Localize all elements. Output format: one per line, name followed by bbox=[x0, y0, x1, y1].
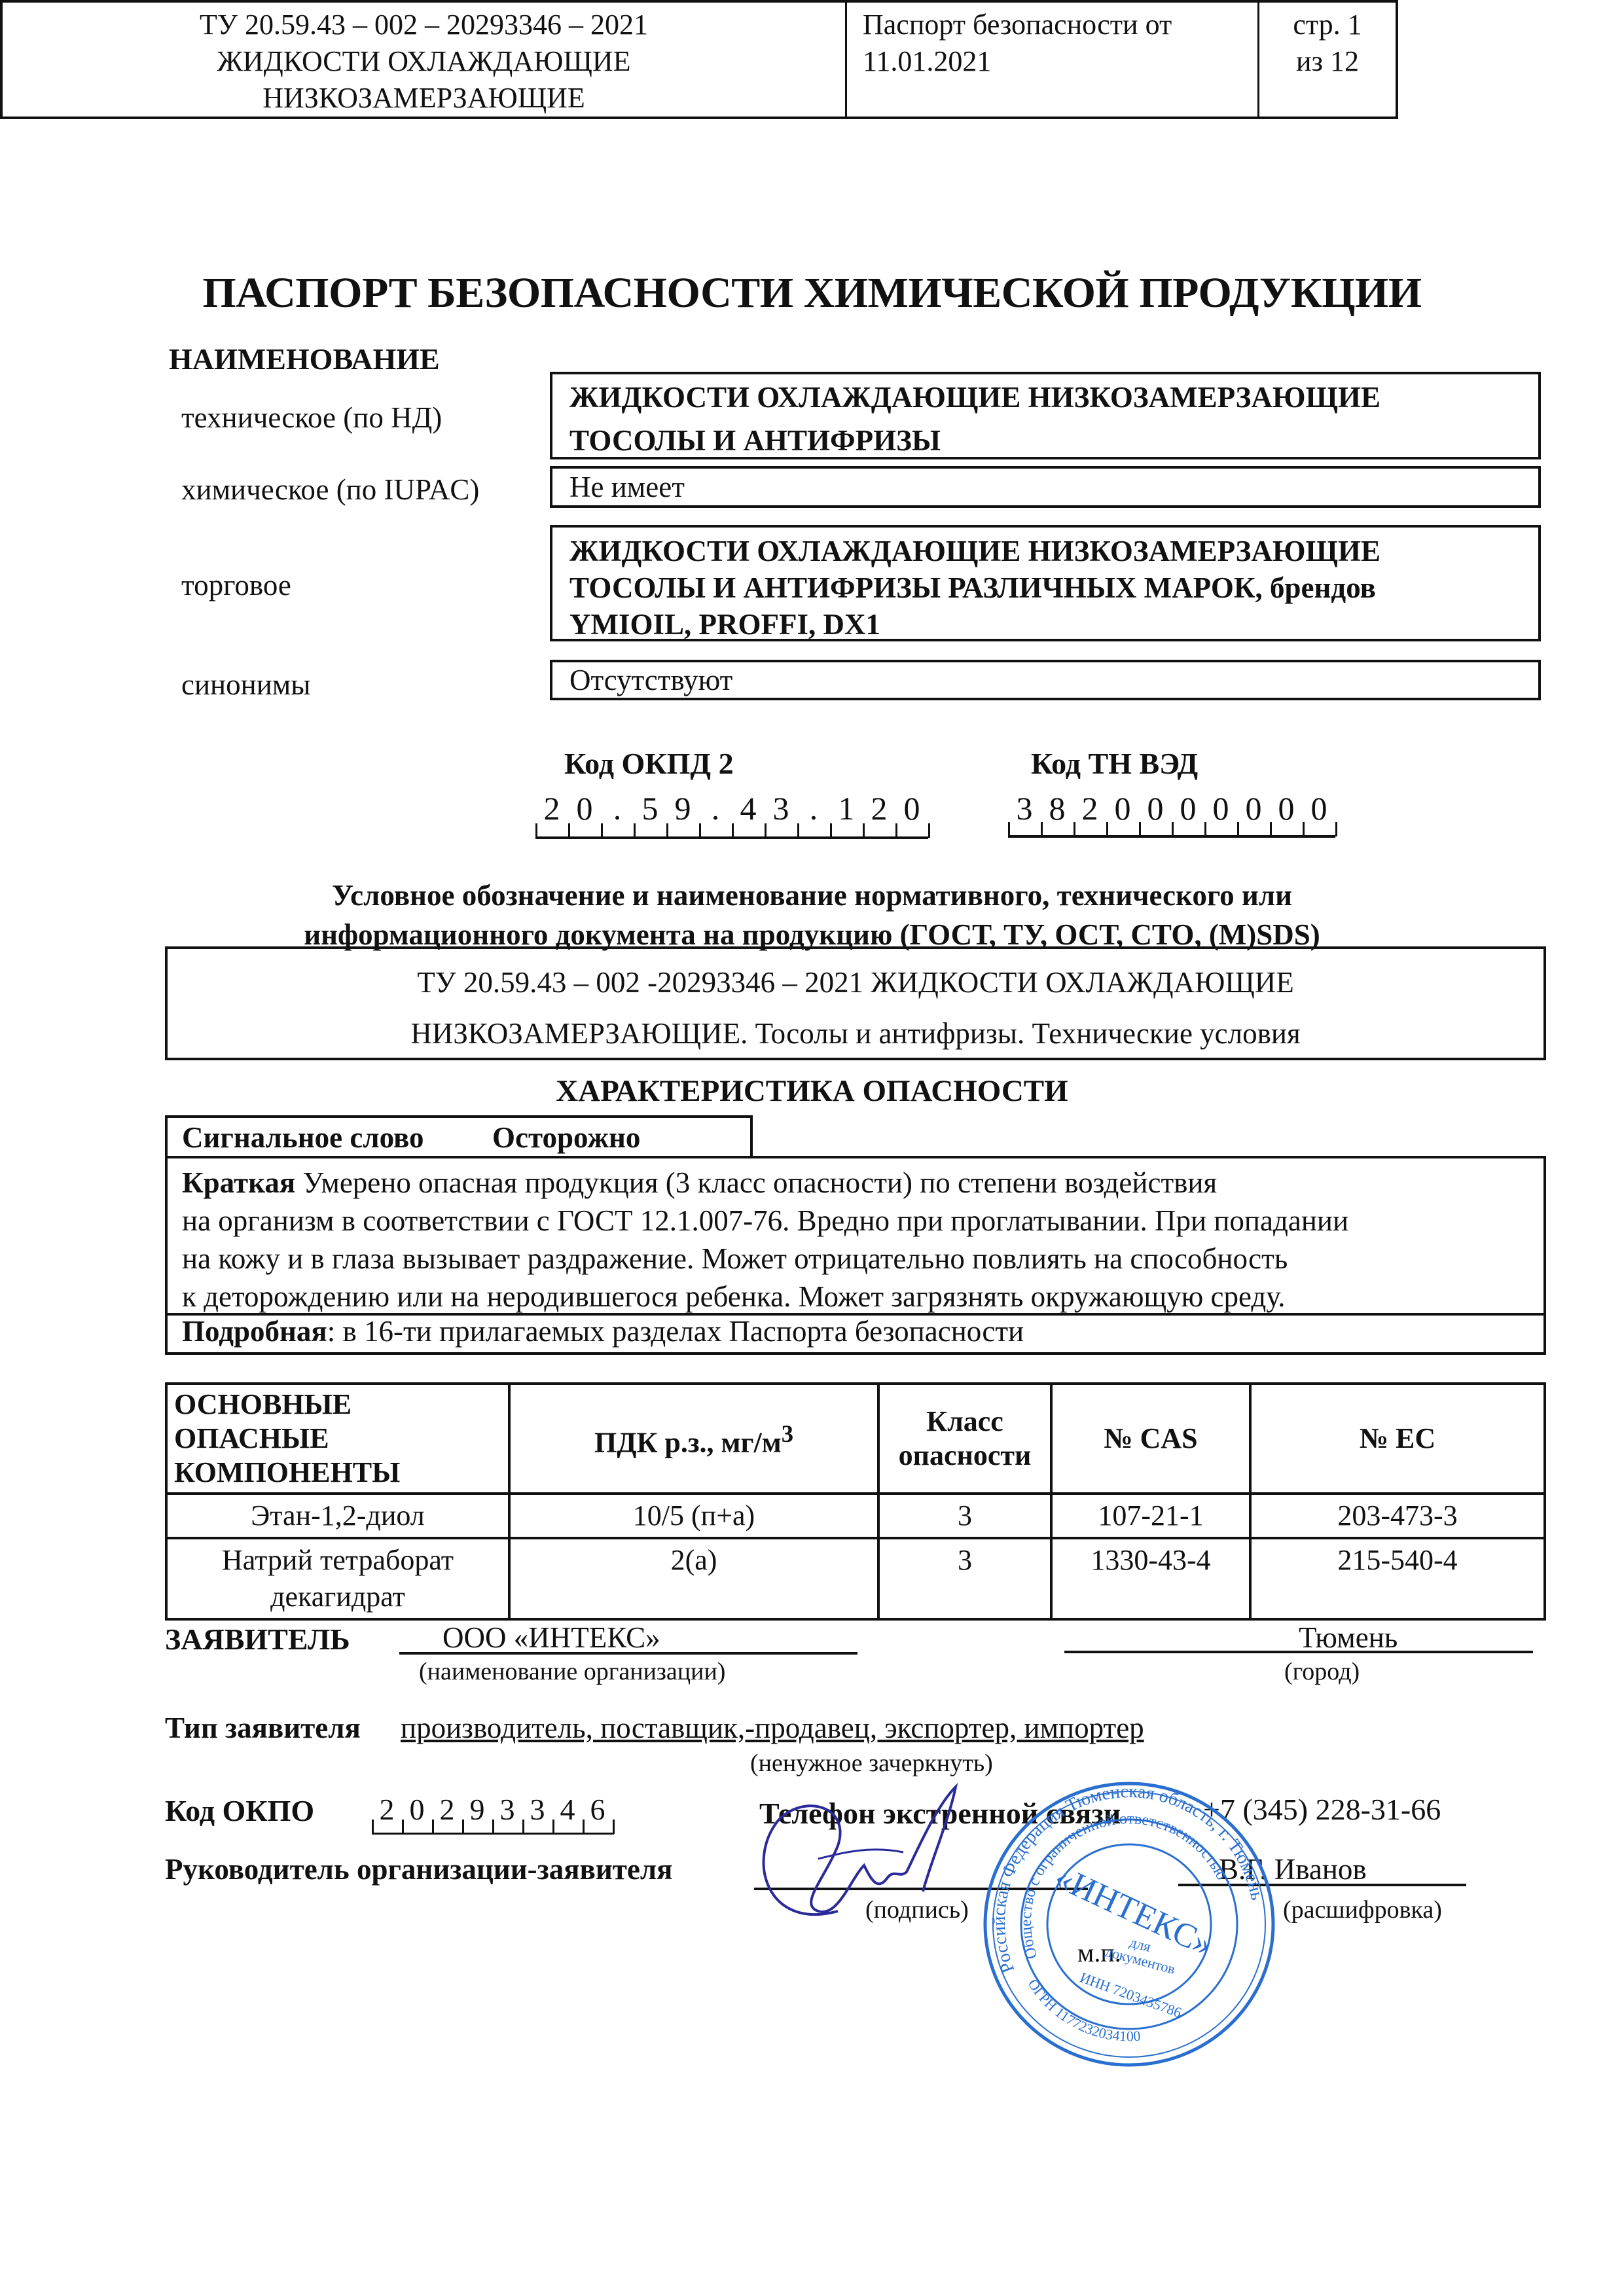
code-digit: 8 bbox=[1041, 789, 1074, 827]
code-tick bbox=[1172, 822, 1174, 836]
code-digit: 0 bbox=[1303, 789, 1335, 827]
code-tick bbox=[432, 1820, 434, 1834]
code-digit: 0 bbox=[568, 789, 601, 827]
code-digit: 0 bbox=[1106, 789, 1139, 827]
hazard-title: ХАРАКТЕРИСТИКА ОПАСНОСТИ bbox=[0, 1073, 1624, 1109]
normative-title-line: Условное обозначение и наименование норм… bbox=[0, 876, 1624, 915]
brief-label: Краткая bbox=[182, 1166, 295, 1199]
code-digit: 9 bbox=[666, 789, 699, 827]
code-digit: 4 bbox=[552, 1792, 583, 1827]
code-digit: 2 bbox=[1074, 789, 1106, 827]
city-caption: (город) bbox=[1284, 1657, 1360, 1686]
code-tick bbox=[1303, 822, 1305, 836]
doc-code-line: ТУ 20.59.43 – 002 – 20293346 – 2021 bbox=[3, 7, 845, 43]
code-tick bbox=[535, 823, 537, 838]
okpd-label: Код ОКПД 2 bbox=[564, 746, 734, 781]
code-tick bbox=[1139, 822, 1141, 836]
code-tick bbox=[1008, 822, 1010, 836]
code-digit: . bbox=[699, 789, 732, 827]
component-cas: 1330-43-4 bbox=[1051, 1538, 1250, 1619]
detailed-hazard-box: Подробная: в 16-ти прилагаемых разделах … bbox=[165, 1313, 1546, 1355]
code-digit: 0 bbox=[1139, 789, 1172, 827]
code-tick bbox=[1074, 822, 1075, 836]
code-tick bbox=[634, 823, 636, 838]
code-tick bbox=[699, 823, 701, 838]
detail-label: Подробная bbox=[182, 1315, 327, 1348]
passport-date-label: Паспорт безопасности от bbox=[863, 7, 1257, 43]
col-header-cas: № CAS bbox=[1051, 1384, 1250, 1494]
component-ec: 215-540-4 bbox=[1250, 1538, 1545, 1619]
component-name: Этан-1,2-диол bbox=[166, 1494, 509, 1538]
naming-section-label: НАИМЕНОВАНИЕ bbox=[169, 342, 440, 376]
code-tick bbox=[666, 823, 668, 838]
code-tick bbox=[1204, 822, 1206, 836]
header-page-number: стр. 1 из 12 bbox=[1259, 3, 1396, 117]
code-digit: 1 bbox=[830, 789, 863, 827]
col-header-pdk: ПДК р.з., мг/м3 bbox=[509, 1384, 878, 1494]
normative-doc-box: ТУ 20.59.43 – 002 -20293346 – 2021 ЖИДКО… bbox=[165, 946, 1546, 1060]
code-digit: 5 bbox=[634, 789, 666, 827]
signal-word-box: Сигнальное слово Осторожно bbox=[165, 1115, 753, 1158]
chemical-name-box: Не имеет bbox=[550, 466, 1541, 508]
code-tick bbox=[765, 823, 767, 838]
technical-name-box: ЖИДКОСТИ ОХЛАЖДАЮЩИЕ НИЗКОЗАМЕРЗАЮЩИЕ ТО… bbox=[550, 372, 1541, 459]
component-name-line: Натрий тетраборат bbox=[174, 1542, 501, 1579]
okpd-code: 20.59.43.120 bbox=[535, 789, 928, 827]
synonyms-box: Отсутствуют bbox=[550, 660, 1541, 700]
code-tick bbox=[568, 823, 570, 838]
code-digit: 0 bbox=[1270, 789, 1303, 827]
doc-code-line: ЖИДКОСТИ ОХЛАЖДАЮЩИЕ bbox=[3, 43, 845, 80]
code-digit: . bbox=[797, 789, 830, 827]
code-digit: 2 bbox=[863, 789, 895, 827]
doc-code-line: НИЗКОЗАМЕРЗАЮЩИЕ bbox=[3, 80, 845, 117]
code-tick bbox=[1041, 822, 1043, 836]
normative-doc-title: Условное обозначение и наименование норм… bbox=[0, 876, 1624, 954]
synonyms-label: синонимы bbox=[181, 668, 311, 702]
code-digit: 0 bbox=[1237, 789, 1270, 827]
component-class: 3 bbox=[878, 1494, 1051, 1538]
code-digit: 2 bbox=[432, 1792, 462, 1827]
component-class: 3 bbox=[878, 1538, 1051, 1619]
code-digit: 9 bbox=[462, 1792, 492, 1827]
table-row: Натрий тетраборат декагидрат 2(а) 3 1330… bbox=[166, 1538, 1545, 1619]
code-digit: 6 bbox=[583, 1792, 613, 1827]
applicant-type-values: производитель, поставщик,-продавец, эксп… bbox=[401, 1711, 1144, 1745]
code-digit: 4 bbox=[732, 789, 765, 827]
header-passport-date: Паспорт безопасности от 11.01.2021 bbox=[847, 3, 1259, 117]
code-tick bbox=[522, 1820, 524, 1834]
detail-text: : в 16-ти прилагаемых разделах Паспорта … bbox=[327, 1315, 1024, 1348]
page-current: стр. 1 bbox=[1259, 7, 1396, 43]
component-pdk: 10/5 (п+а) bbox=[509, 1494, 878, 1538]
col-header-ec: № EC bbox=[1250, 1384, 1545, 1494]
component-cas: 107-21-1 bbox=[1051, 1494, 1250, 1538]
code-tick bbox=[863, 823, 865, 838]
signal-word-value: Осторожно bbox=[492, 1121, 640, 1154]
code-tick bbox=[1335, 822, 1337, 836]
applicant-type-struck-option: импортер bbox=[1024, 1712, 1144, 1744]
name-caption: (расшифровка) bbox=[1283, 1895, 1442, 1924]
applicant-org-name: ООО «ИНТЕКС» bbox=[442, 1621, 660, 1655]
code-tick bbox=[1270, 822, 1272, 836]
city-line bbox=[1064, 1651, 1533, 1653]
applicant-label: ЗАЯВИТЕЛЬ bbox=[165, 1622, 350, 1657]
company-seal-icon: Российская Федерация Тюменская область, … bbox=[975, 1774, 1283, 2075]
code-digit: 2 bbox=[535, 789, 568, 827]
org-name-caption: (наименование организации) bbox=[419, 1657, 725, 1686]
applicant-type-label: Тип заявителя bbox=[165, 1711, 361, 1745]
tnved-label: Код ТН ВЭД bbox=[1031, 746, 1198, 781]
chemical-name-label: химическое (по IUPAC) bbox=[181, 473, 479, 507]
code-tick bbox=[1237, 822, 1239, 836]
table-row: Этан-1,2-диол 10/5 (п+а) 3 107-21-1 203-… bbox=[166, 1494, 1545, 1538]
org-name-line bbox=[399, 1652, 857, 1655]
brief-text: на организм в соответствии с ГОСТ 12.1.0… bbox=[182, 1202, 1543, 1240]
code-tick bbox=[601, 823, 603, 838]
head-label: Руководитель организации-заявителя bbox=[165, 1852, 672, 1886]
trade-name-line: ЖИДКОСТИ ОХЛАЖДАЮЩИЕ НИЗКОЗАМЕРЗАЮЩИЕ bbox=[569, 533, 1538, 569]
trade-name-box: ЖИДКОСТИ ОХЛАЖДАЮЩИЕ НИЗКОЗАМЕРЗАЮЩИЕ ТО… bbox=[550, 525, 1541, 641]
header-doc-code: ТУ 20.59.43 – 002 – 20293346 – 2021 ЖИДК… bbox=[3, 3, 847, 117]
normative-value-line: НИЗКОЗАМЕРЗАЮЩИЕ. Тосолы и антифризы. Те… bbox=[168, 1008, 1543, 1059]
code-tick bbox=[732, 823, 734, 838]
signature-scribble-icon bbox=[740, 1780, 1015, 1950]
brief-text: к деторождению или на неродившегося ребе… bbox=[182, 1278, 1543, 1316]
code-tick bbox=[928, 823, 930, 838]
code-tick bbox=[492, 1820, 494, 1834]
component-ec: 203-473-3 bbox=[1250, 1494, 1545, 1538]
code-digit: 0 bbox=[1172, 789, 1204, 827]
document-header: ТУ 20.59.43 – 002 – 20293346 – 2021 ЖИДК… bbox=[0, 0, 1398, 119]
header-text: опасности bbox=[886, 1439, 1043, 1473]
applicant-city: Тюмень bbox=[1299, 1621, 1398, 1655]
code-tick bbox=[402, 1820, 404, 1834]
code-tick bbox=[462, 1820, 464, 1834]
code-digit: 3 bbox=[492, 1792, 522, 1827]
code-digit: 3 bbox=[522, 1792, 552, 1827]
code-tick bbox=[613, 1820, 615, 1834]
page-total: из 12 bbox=[1259, 43, 1396, 80]
header-text: ПДК р.з., мг/м bbox=[594, 1427, 782, 1459]
passport-date-value: 11.01.2021 bbox=[863, 43, 1257, 80]
trade-name-line: ТОСОЛЫ И АНТИФРИЗЫ РАЗЛИЧНЫХ МАРОК, брен… bbox=[569, 569, 1538, 606]
code-digit: 3 bbox=[1008, 789, 1041, 827]
component-name-line: декагидрат bbox=[174, 1579, 501, 1615]
brief-text: Умерено опасная продукция (3 класс опасн… bbox=[295, 1166, 1217, 1199]
hazardous-components-table: ОСНОВНЫЕ ОПАСНЫЕ КОМПОНЕНТЫ ПДК р.з., мг… bbox=[165, 1382, 1546, 1621]
code-digit: . bbox=[601, 789, 634, 827]
trade-name-label: торговое bbox=[181, 568, 291, 602]
type-caption: (ненужное зачеркнуть) bbox=[750, 1749, 993, 1778]
code-tick bbox=[1106, 822, 1108, 836]
technical-name-label: техническое (по НД) bbox=[181, 401, 442, 435]
technical-name-line: ЖИДКОСТИ ОХЛАЖДАЮЩИЕ НИЗКОЗАМЕРЗАЮЩИЕ bbox=[569, 376, 1538, 419]
header-text: ОСНОВНЫЕ ОПАСНЫЕ bbox=[174, 1388, 501, 1456]
okpo-label: Код ОКПО bbox=[165, 1793, 314, 1828]
code-tick bbox=[372, 1820, 374, 1834]
code-tick bbox=[583, 1820, 585, 1834]
component-name: Натрий тетраборат декагидрат bbox=[166, 1538, 509, 1619]
header-text: КОМПОНЕНТЫ bbox=[174, 1456, 501, 1490]
col-header-class: Класс опасности bbox=[878, 1384, 1051, 1494]
code-tick bbox=[895, 823, 897, 838]
normative-value-line: ТУ 20.59.43 – 002 -20293346 – 2021 ЖИДКО… bbox=[168, 957, 1543, 1008]
brief-hazard-box: Краткая Умерено опасная продукция (3 кла… bbox=[165, 1156, 1546, 1316]
technical-name-line: ТОСОЛЫ И АНТИФРИЗЫ bbox=[569, 419, 1538, 462]
col-header-components: ОСНОВНЫЕ ОПАСНЫЕ КОМПОНЕНТЫ bbox=[166, 1384, 509, 1494]
signal-word-label: Сигнальное слово bbox=[182, 1121, 424, 1154]
header-text: Класс bbox=[886, 1405, 1043, 1439]
table-header-row: ОСНОВНЫЕ ОПАСНЫЕ КОМПОНЕНТЫ ПДК р.з., мг… bbox=[166, 1384, 1545, 1494]
code-digit: 0 bbox=[895, 789, 928, 827]
code-tick bbox=[830, 823, 832, 838]
brief-text: на кожу и в глаза вызывает раздражение. … bbox=[182, 1240, 1543, 1278]
code-digit: 0 bbox=[1204, 789, 1237, 827]
code-digit: 0 bbox=[402, 1792, 432, 1827]
code-digit: 2 bbox=[372, 1792, 402, 1827]
applicant-type-options: производитель, поставщик,-продавец, эксп… bbox=[401, 1712, 1024, 1744]
trade-name-line: YMIOIL, PROFFI, DX1 bbox=[569, 606, 1538, 643]
component-pdk: 2(а) bbox=[509, 1538, 878, 1619]
code-tick bbox=[797, 823, 799, 838]
code-digit: 3 bbox=[765, 789, 797, 827]
page-title: ПАСПОРТ БЕЗОПАСНОСТИ ХИМИЧЕСКОЙ ПРОДУКЦИ… bbox=[0, 268, 1624, 318]
header-sup: 3 bbox=[782, 1420, 793, 1447]
code-tick bbox=[552, 1820, 554, 1834]
